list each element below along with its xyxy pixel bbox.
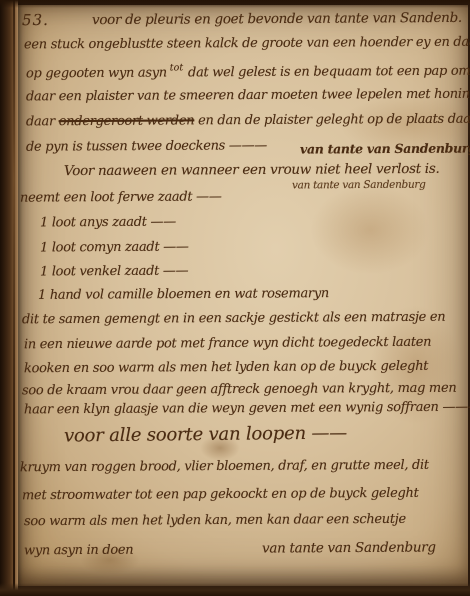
recipe-pleuris-line: de pyn is tussen twee doeckens ——— — [26, 138, 267, 154]
ingredient-line: 1 loot venkel zaadt —— — [40, 264, 188, 280]
recipe-naaween-title: Voor naaween en wanneer een vrouw niet h… — [64, 161, 440, 179]
page-top-edge — [0, 0, 470, 8]
recipe-pleuris-title: voor de pleuris en goet bevonde van tant… — [92, 10, 462, 28]
page-bottom-edge — [0, 583, 470, 596]
manuscript-book: 53. voor de pleuris en goet bevonde van … — [0, 0, 470, 596]
recipe-naaween-line: haar een klyn glaasje van die weyn geven… — [24, 400, 470, 418]
ingredient-line: 1 loot anys zaadt —— — [40, 215, 176, 231]
recipe-pleuris-line: een stuck ongeblustte steen kalck de gro… — [24, 35, 470, 53]
recipe-loopen-title: voor alle soorte van loopen —— — [64, 423, 347, 447]
line-text: dat wel gelest is en bequaam tot een pap… — [188, 64, 470, 81]
ingredient-line: 1 hand vol camille bloemen en wat rosema… — [38, 286, 329, 303]
recipe-naaween-line: in een nieuwe aarde pot met france wyn d… — [24, 335, 431, 352]
recipe-pleuris-line: op gegooten wyn asyntot dat wel gelest i… — [26, 61, 470, 82]
ingredient-line: neemt een loot ferwe zaadt —— — [20, 189, 222, 205]
recipe-loopen-line: kruym van roggen brood, vlier bloemen, d… — [20, 458, 429, 475]
page-gutter-crease — [13, 0, 15, 596]
book-binding-edge — [0, 0, 18, 596]
struck-words: ondergeroort werden — [59, 113, 195, 129]
recipe-naaween-line: dit te samen gemengt en in een sackje ge… — [22, 310, 445, 328]
recipe-loopen-closing: wyn asyn in doen — [24, 543, 133, 559]
recipe-loopen-attribution: van tante van Sandenburg — [262, 539, 436, 556]
recipe-pleuris-line: daar ondergeroort werden en dan de plais… — [26, 112, 470, 130]
recipe-pleuris-attribution: van tante van Sandenburg — [300, 140, 470, 156]
recipe-pleuris-line: daar een plaister van te smeeren daar mo… — [26, 87, 470, 105]
inserted-word: tot — [170, 62, 183, 73]
recipe-loopen-line: met stroomwater tot een pap gekoockt en … — [22, 486, 419, 503]
paper-stain — [310, 185, 430, 275]
ingredient-line: 1 loot comyn zaadt —— — [40, 240, 189, 256]
line-text: daar — [26, 114, 59, 129]
line-text: en dan de plaister geleght op de plaats … — [194, 112, 470, 129]
recipe-loopen-line: soo warm als men het lyden kan, men kan … — [24, 512, 406, 529]
recipe-naaween-line: soo de kraam vrou daar geen afftreck gen… — [22, 381, 456, 399]
page-number: 53. — [22, 11, 49, 29]
line-text: op gegooten wyn asyn — [26, 65, 167, 81]
recipe-naaween-line: kooken en soo warm als men het lyden kan… — [24, 359, 428, 376]
recipe-naaween-attribution: van tante van Sandenburg — [292, 179, 426, 192]
